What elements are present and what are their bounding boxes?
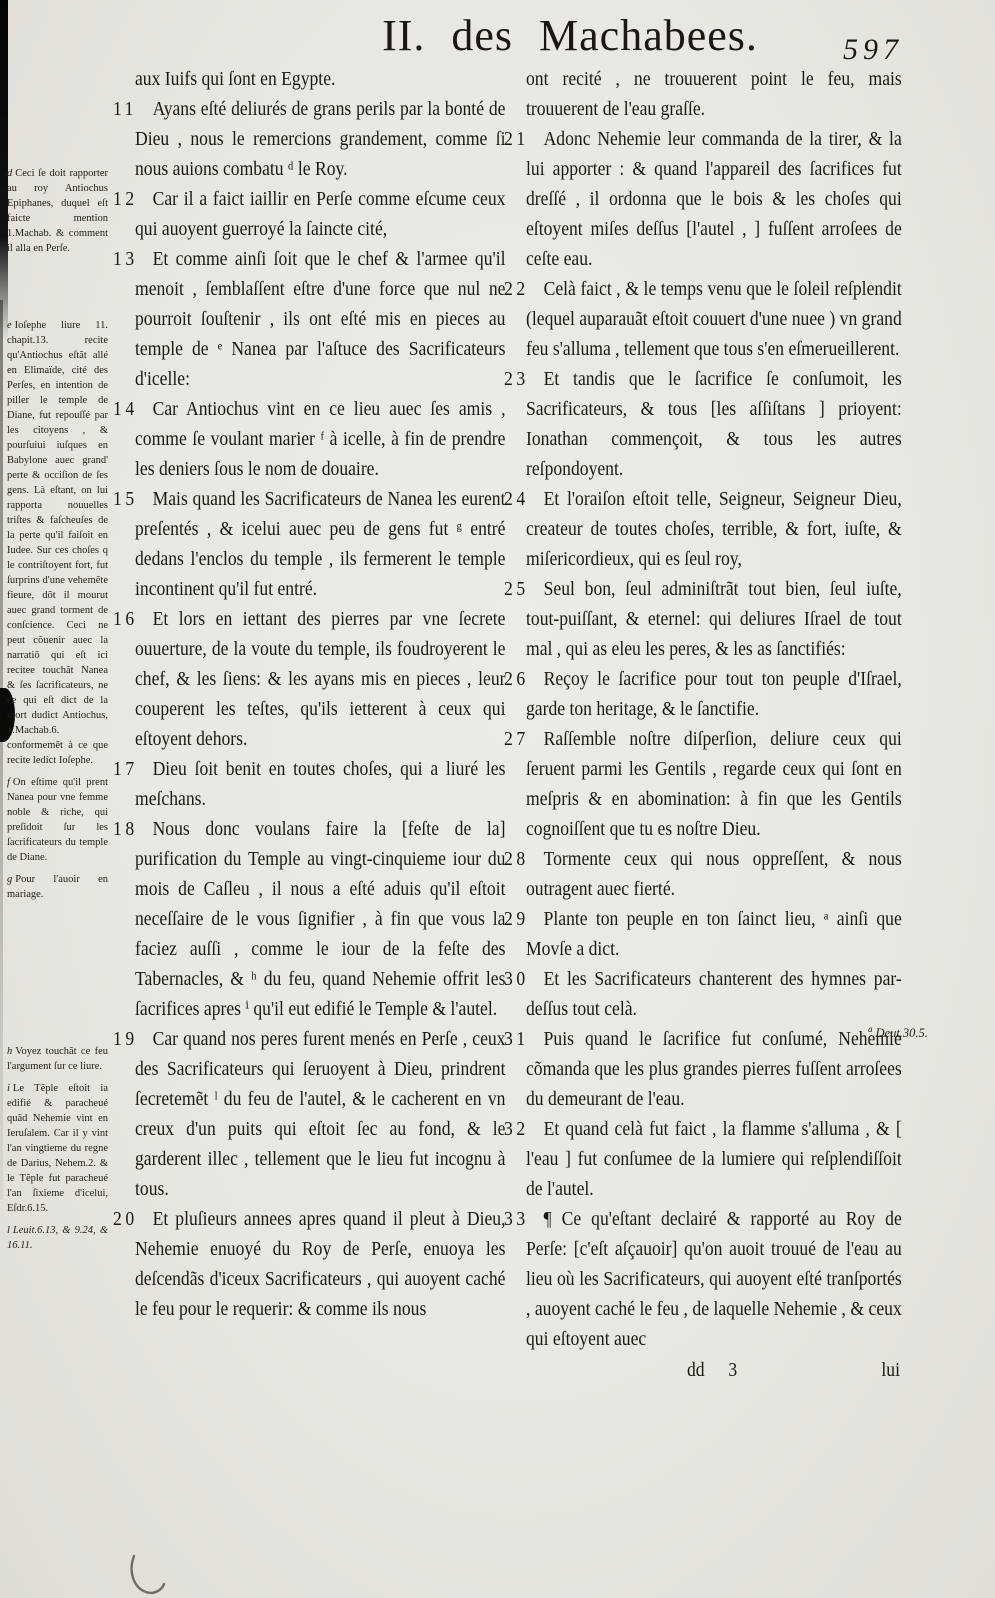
- verse-text: Et tandis que le ſacrifice ſe conſumoit,…: [526, 368, 902, 480]
- verse-number: 20: [113, 1204, 153, 1234]
- verse-number: 31: [504, 1024, 544, 1054]
- verse-26: 26Reçoy le ſacrifice pour tout ton peupl…: [504, 664, 902, 724]
- signature-row: dd 3 lui: [504, 1354, 902, 1386]
- verse-19: 19Car quand nos peres furent menés en Pe…: [113, 1024, 505, 1204]
- verse-number: 18: [113, 814, 153, 844]
- verse-13: 13Et comme ainſi ſoit que le chef & l'ar…: [113, 244, 505, 394]
- page-number: 597: [843, 33, 903, 67]
- verse-17: 17Dieu ſoit benit en toutes choſes, qui …: [113, 754, 505, 814]
- verse-24: 24Et l'oraiſon eſtoit telle, Seigneur, S…: [504, 484, 902, 574]
- verse-number: 27: [504, 724, 544, 754]
- verse-15: 15Mais quand les Sacrificateurs de Nanea…: [113, 484, 505, 604]
- verse-text: Et l'oraiſon eſtoit telle, Seigneur, Sei…: [526, 488, 902, 570]
- catchword: lui: [881, 1354, 900, 1386]
- verse-number: 13: [113, 244, 153, 274]
- verse-number: 23: [504, 364, 544, 394]
- margin-note-e: eIoſephe liure 11. chapit.13. recite qu'…: [7, 318, 108, 768]
- verse-text: Raſſemble noſtre diſperſion, deliure ceu…: [526, 728, 902, 840]
- verse-14: 14Car Antiochus vint en ce lieu auec ſes…: [113, 394, 505, 484]
- verse-number: 32: [504, 1114, 544, 1144]
- margin-note-text: Pour l'auoir en mariage.: [7, 874, 108, 900]
- verse-text: Mais quand les Sacrificateurs de Nanea l…: [135, 488, 505, 600]
- verse-number: 24: [504, 484, 544, 514]
- verse-text: Tormente ceux qui nous oppreſſent, & nou…: [526, 848, 902, 900]
- verse-31: 31Puis quand le ſacrifice fut conſumé, N…: [504, 1024, 902, 1114]
- verse-29: 29Plante ton peuple en ton ſainct lieu, …: [504, 904, 902, 964]
- margin-note-text: Ceci ſe doit rapporter au roy Antiochus …: [7, 168, 108, 254]
- verse-text: Ayans eſté deliurés de grans perils par …: [135, 98, 505, 180]
- note-letter: d: [7, 168, 15, 179]
- verse-number: 17: [113, 754, 153, 784]
- verse-11: 11Ayans eſté deliurés de grans perils pa…: [113, 94, 505, 184]
- verse-18: 18Nous donc voulans faire la [feſte de l…: [113, 814, 505, 1024]
- verse-number: 30: [504, 964, 544, 994]
- verse-30: 30Et les Sacrificateurs chanterent des h…: [504, 964, 902, 1024]
- verse-16: 16Et lors en iettant des pierres par vne…: [113, 604, 505, 754]
- verse-number: 26: [504, 664, 544, 694]
- verse-28: 28Tormente ceux qui nous oppreſſent, & n…: [504, 844, 902, 904]
- margin-note-text: Ioſephe liure 11. chapit.13. recite qu'A…: [7, 320, 108, 766]
- margin-note-f: fOn eſtime qu'il prent Nanea pour vne fe…: [7, 775, 108, 865]
- verse-23: 23Et tandis que le ſacrifice ſe conſumoi…: [504, 364, 902, 484]
- verse-text: Car il a faict iaillir en Perſe comme eſ…: [135, 188, 505, 240]
- verse-text: Et quand celà fut faict , la flamme s'al…: [526, 1118, 902, 1200]
- verse-22: 22Celà faict , & le temps venu que le ſo…: [504, 274, 902, 364]
- text-column-left: aux Iuifs qui ſont en Egypte. 11Ayans eſ…: [113, 64, 505, 1324]
- verse-text: ¶ Ce qu'eſtant declairé & rapporté au Ro…: [526, 1208, 902, 1350]
- column-continuation-text: aux Iuifs qui ſont en Egypte.: [113, 64, 505, 94]
- text-column-right: ont recité , ne trouuerent point le feu,…: [504, 64, 902, 1386]
- verse-27: 27Raſſemble noſtre diſperſion, deliure c…: [504, 724, 902, 844]
- note-letter: g: [7, 874, 15, 885]
- verse-number: 21: [504, 124, 544, 154]
- verse-text: Dieu ſoit benit en toutes choſes, qui a …: [135, 758, 505, 810]
- margin-note-g: gPour l'auoir en mariage.: [7, 872, 108, 902]
- verse-12: 12Car il a faict iaillir en Perſe comme …: [113, 184, 505, 244]
- verse-20: 20Et pluſieurs annees apres quand il ple…: [113, 1204, 505, 1324]
- note-letter: e: [7, 320, 15, 331]
- verse-number: 19: [113, 1024, 153, 1054]
- verse-text: Adonc Nehemie leur commanda de la tirer,…: [526, 128, 902, 270]
- left-margin-notes-upper: dCeci ſe doit rapporter au roy Antiochus…: [7, 166, 108, 909]
- verse-number: 22: [504, 274, 544, 304]
- verse-text: Reçoy le ſacrifice pour tout ton peuple …: [526, 668, 902, 720]
- verse-text: Puis quand le ſacrifice fut conſumé, Neh…: [526, 1028, 902, 1110]
- verse-text: Car Antiochus vint en ce lieu auec ſes a…: [135, 398, 505, 480]
- verse-33: 33¶ Ce qu'eſtant declairé & rapporté au …: [504, 1204, 902, 1354]
- book-page: II. des Machabees. 597 dCeci ſe doit rap…: [0, 0, 995, 1598]
- margin-note-text: On eſtime qu'il prent Nanea pour vne fem…: [7, 777, 108, 863]
- verses-left: 11Ayans eſté deliurés de grans perils pa…: [113, 94, 505, 1324]
- verse-21: 21Adonc Nehemie leur commanda de la tire…: [504, 124, 902, 274]
- verse-number: 12: [113, 184, 153, 214]
- verse-number: 14: [113, 394, 153, 424]
- verse-text: Et les Sacrificateurs chanterent des hym…: [526, 968, 902, 1020]
- margin-note-text: Voyez touchãt ce feu l'argument ſur ce l…: [7, 1046, 108, 1072]
- signature-mark: dd 3: [687, 1354, 737, 1386]
- margin-note-d: dCeci ſe doit rapporter au roy Antiochus…: [7, 166, 108, 256]
- verse-number: 28: [504, 844, 544, 874]
- verse-25: 25Seul bon, ſeul adminiſtrãt tout bien, …: [504, 574, 902, 664]
- note-letter: h: [7, 1046, 15, 1057]
- column-continuation-text: ont recité , ne trouuerent point le feu,…: [504, 64, 902, 124]
- binding-shadow-faint: [0, 300, 3, 1200]
- verse-number: 15: [113, 484, 153, 514]
- verses-right: 21Adonc Nehemie leur commanda de la tire…: [504, 124, 902, 1354]
- margin-note-text: Le Tẽple eſtoit ia edifié & paracheué qu…: [7, 1083, 108, 1214]
- verse-number: 11: [113, 94, 153, 124]
- verse-text: Plante ton peuple en ton ſainct lieu, ᵃ …: [526, 908, 902, 960]
- verse-number: 29: [504, 904, 544, 934]
- margin-note-i: iLe Tẽple eſtoit ia edifié & paracheué q…: [7, 1081, 108, 1216]
- verse-32: 32Et quand celà fut faict , la flamme s'…: [504, 1114, 902, 1204]
- margin-note-l: lLeuit.6.13, & 9.24, & 16.11.: [7, 1223, 108, 1253]
- verse-number: 33: [504, 1204, 544, 1234]
- verse-text: Car quand nos peres furent menés en Perſ…: [135, 1028, 505, 1200]
- verse-text: Et comme ainſi ſoit que le chef & l'arme…: [135, 248, 505, 390]
- pen-mark: [126, 1552, 170, 1598]
- verse-text: Et pluſieurs annees apres quand il pleut…: [135, 1208, 505, 1320]
- verse-text: Et lors en iettant des pierres par vne ſ…: [135, 608, 505, 750]
- margin-note-h: hVoyez touchãt ce feu l'argument ſur ce …: [7, 1044, 108, 1074]
- verse-text: Celà faict , & le temps venu que le ſole…: [526, 278, 902, 360]
- margin-note-text: Leuit.6.13, & 9.24, & 16.11.: [7, 1225, 108, 1251]
- verse-text: Seul bon, ſeul adminiſtrãt tout bien, ſe…: [526, 578, 902, 660]
- verse-number: 25: [504, 574, 544, 604]
- verse-number: 16: [113, 604, 153, 634]
- left-margin-notes-lower: hVoyez touchãt ce feu l'argument ſur ce …: [7, 1044, 108, 1260]
- verse-text: Nous donc voulans faire la [feſte de la]…: [135, 818, 505, 1020]
- running-head-title: II. des Machabees.: [382, 10, 758, 61]
